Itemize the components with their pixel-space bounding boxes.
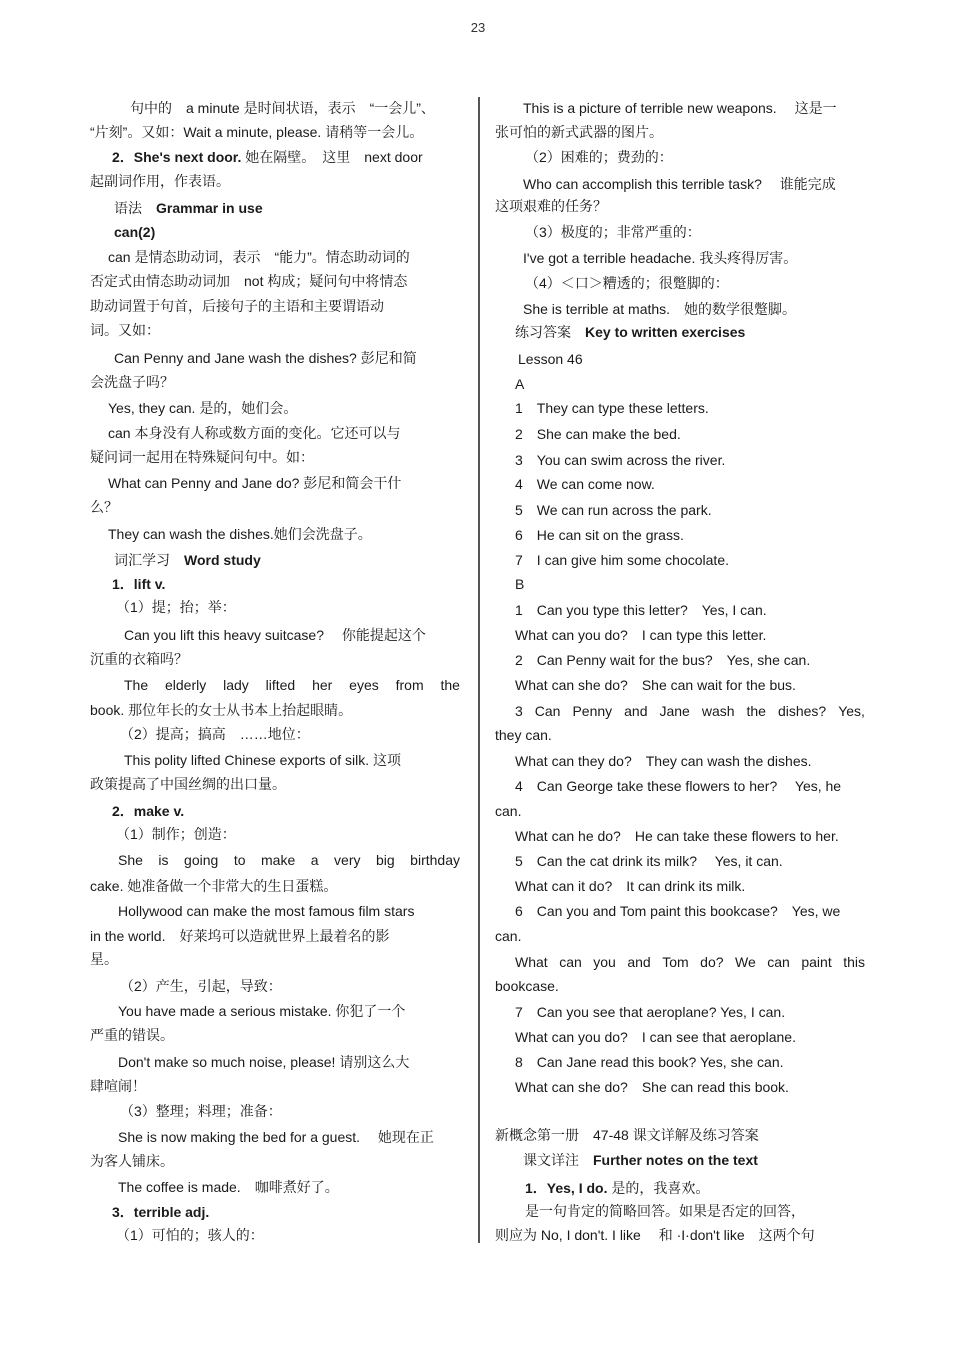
text-line: B — [515, 575, 524, 593]
text-line: 新概念第一册 47-48 课文详解及练习答案 — [495, 1126, 759, 1144]
text-line: 沉重的衣箱吗？ — [90, 650, 188, 668]
text-line: 2 Can Penny wait for the bus? Yes, she c… — [515, 651, 810, 669]
text-line: Theelderlyladyliftedhereyesfromthe — [124, 676, 460, 694]
text-line: 1 They can type these letters. — [515, 399, 709, 417]
text-line: can(2) — [114, 223, 155, 241]
text-line: What can she do? She can read this book. — [515, 1078, 789, 1096]
text-line: 练习答案 Key to written exercises — [515, 323, 745, 341]
text-line: A — [515, 375, 524, 393]
text-line: 6 He can sit on the grass. — [515, 526, 684, 544]
text-line: （2）提高；搞高 ……地位： — [120, 725, 310, 743]
text-line: Don't make so much noise, please! 请别这么大 — [118, 1053, 409, 1071]
text-line: 疑问词一起用在特殊疑问句中。如： — [90, 448, 314, 466]
text-line: 5 We can run across the park. — [515, 501, 712, 519]
text-line: 8 Can Jane read this book? Yes, she can. — [515, 1053, 784, 1071]
text-line: 1 Can you type this letter? Yes, I can. — [515, 601, 767, 619]
text-line: What can you do? I can see that aeroplan… — [515, 1028, 796, 1046]
text-line: I've got a terrible headache. 我头疼得厉害。 — [523, 249, 797, 267]
text-line: （2）困难的；费劲的： — [525, 148, 673, 166]
text-line: 4 Can George take these flowers to her? … — [515, 777, 841, 795]
text-line: 3 You can swim across the river. — [515, 451, 725, 469]
text-line: 4 We can come now. — [515, 475, 655, 493]
text-line: What can they do? They can wash the dish… — [515, 752, 812, 770]
text-line: 语法 Grammar in use — [114, 199, 263, 217]
page-number: 23 — [0, 20, 956, 35]
text-line: 张可怕的新式武器的图片。 — [495, 123, 663, 141]
column-divider — [478, 97, 480, 1243]
text-line: “片刻”。又如：Wait a minute, please. 请稍等一会儿。 — [90, 123, 423, 141]
text-line: Yes, they can. 是的，她们会。 — [108, 399, 297, 417]
text-line: can 是情态助动词，表示 “能力”。情态助动词的 — [108, 248, 410, 266]
text-line: 政策提高了中国丝绸的出口量。 — [90, 775, 286, 793]
text-line: What can it do? It can drink its milk. — [515, 877, 745, 895]
text-line: What can you do? I can type this letter. — [515, 626, 766, 644]
text-line: 1．Yes, I do. 是的，我喜欢。 — [525, 1179, 709, 1197]
text-line: can. — [495, 802, 521, 820]
text-line: 2．make v. — [112, 802, 184, 820]
text-line: 7 I can give him some chocolate. — [515, 551, 729, 569]
text-line: 肆喧闹！ — [90, 1077, 146, 1095]
text-line: 2 She can make the bed. — [515, 425, 681, 443]
text-line: book. 那位年长的女士从书本上抬起眼睛。 — [90, 701, 352, 719]
text-line: （1）制作；创造： — [116, 825, 236, 843]
text-line: The coffee is made. 咖啡煮好了。 — [118, 1178, 339, 1196]
text-line: （2）产生，引起，导致： — [120, 977, 282, 995]
text-line: 词汇学习 Word study — [114, 551, 261, 569]
text-line: 否定式由情态助动词加 not 构成；疑问句中将情态 — [90, 272, 407, 290]
text-line: 5 Can the cat drink its milk? Yes, it ca… — [515, 852, 783, 870]
text-line: What can he do? He can take these flower… — [515, 827, 839, 845]
text-line: 句中的 a minute 是时间状语，表示 “一会儿”、 — [130, 99, 435, 117]
text-line: 7 Can you see that aeroplane? Yes, I can… — [515, 1003, 785, 1021]
text-line: WhatcanyouandTomdo?Wecanpaintthis — [515, 953, 865, 971]
text-line: 则应为 No, I don't. I like 和 ·I·don't like … — [495, 1226, 815, 1244]
text-line: 起副词作用，作表语。 — [90, 172, 230, 190]
text-line: She is terrible at maths. 她的数学很蹩脚。 — [523, 300, 796, 318]
text-line: What can Penny and Jane do? 彭尼和简会干什 — [108, 474, 401, 492]
text-line: 课文详注 Further notes on the text — [523, 1151, 758, 1169]
text-line: 3CanPennyandJanewashthedishes?Yes, — [515, 702, 865, 720]
text-line: 词。又如： — [90, 321, 160, 339]
text-line: What can she do? She can wait for the bu… — [515, 676, 796, 694]
text-line: Who can accomplish this terrible task? 谁… — [523, 175, 836, 193]
text-line: 1．lift v. — [112, 575, 165, 593]
text-line: 会洗盘子吗？ — [90, 373, 174, 391]
text-line: 是一句肯定的简略回答。如果是否定的回答， — [525, 1202, 805, 1220]
text-line: 6 Can you and Tom paint this bookcase? Y… — [515, 902, 840, 920]
text-line: This is a picture of terrible new weapon… — [523, 99, 837, 117]
text-line: 严重的错误。 — [90, 1026, 174, 1044]
text-line: Lesson 46 — [518, 350, 583, 368]
text-line: bookcase. — [495, 977, 559, 995]
text-line: 为客人铺床。 — [90, 1152, 174, 1170]
text-line: （3）整理；料理；准备： — [120, 1102, 282, 1120]
text-line: in the world. 好莱坞可以造就世界上最着名的影 — [90, 927, 389, 945]
text-line: Can Penny and Jane wash the dishes? 彭尼和简 — [114, 349, 417, 367]
text-line: You have made a serious mistake. 你犯了一个 — [118, 1002, 405, 1020]
text-line: This polity lifted Chinese exports of si… — [124, 751, 401, 769]
text-line: （1）提；抬；举： — [116, 598, 236, 616]
text-line: 么？ — [90, 498, 118, 516]
text-line: She is now making the bed for a guest. 她… — [118, 1128, 434, 1146]
text-line: （4）＜口＞糟透的；很蹩脚的： — [525, 274, 729, 292]
text-line: cake. 她准备做一个非常大的生日蛋糕。 — [90, 877, 337, 895]
text-line: 星。 — [90, 950, 118, 968]
text-line: 助动词置于句首，后接句子的主语和主要谓语动 — [90, 297, 384, 315]
text-line: Hollywood can make the most famous film … — [118, 902, 414, 920]
text-line: can 本身没有人称或数方面的变化。它还可以与 — [108, 424, 400, 442]
text-line: Can you lift this heavy suitcase? 你能提起这个 — [124, 626, 426, 644]
text-line: They can wash the dishes.她们会洗盘子。 — [108, 525, 372, 543]
text-line: 这项艰难的任务？ — [495, 197, 607, 215]
text-line: 2．She's next door. 她在隔壁。 这里 next door — [112, 148, 423, 166]
text-line: （3）极度的；非常严重的： — [525, 223, 701, 241]
text-line: （1）可怕的；骇人的： — [116, 1226, 264, 1244]
text-line: they can. — [495, 726, 552, 744]
text-line: can. — [495, 927, 521, 945]
text-line: 3．terrible adj. — [112, 1203, 209, 1221]
text-line: Sheisgoingtomakeaverybigbirthday — [118, 851, 460, 869]
